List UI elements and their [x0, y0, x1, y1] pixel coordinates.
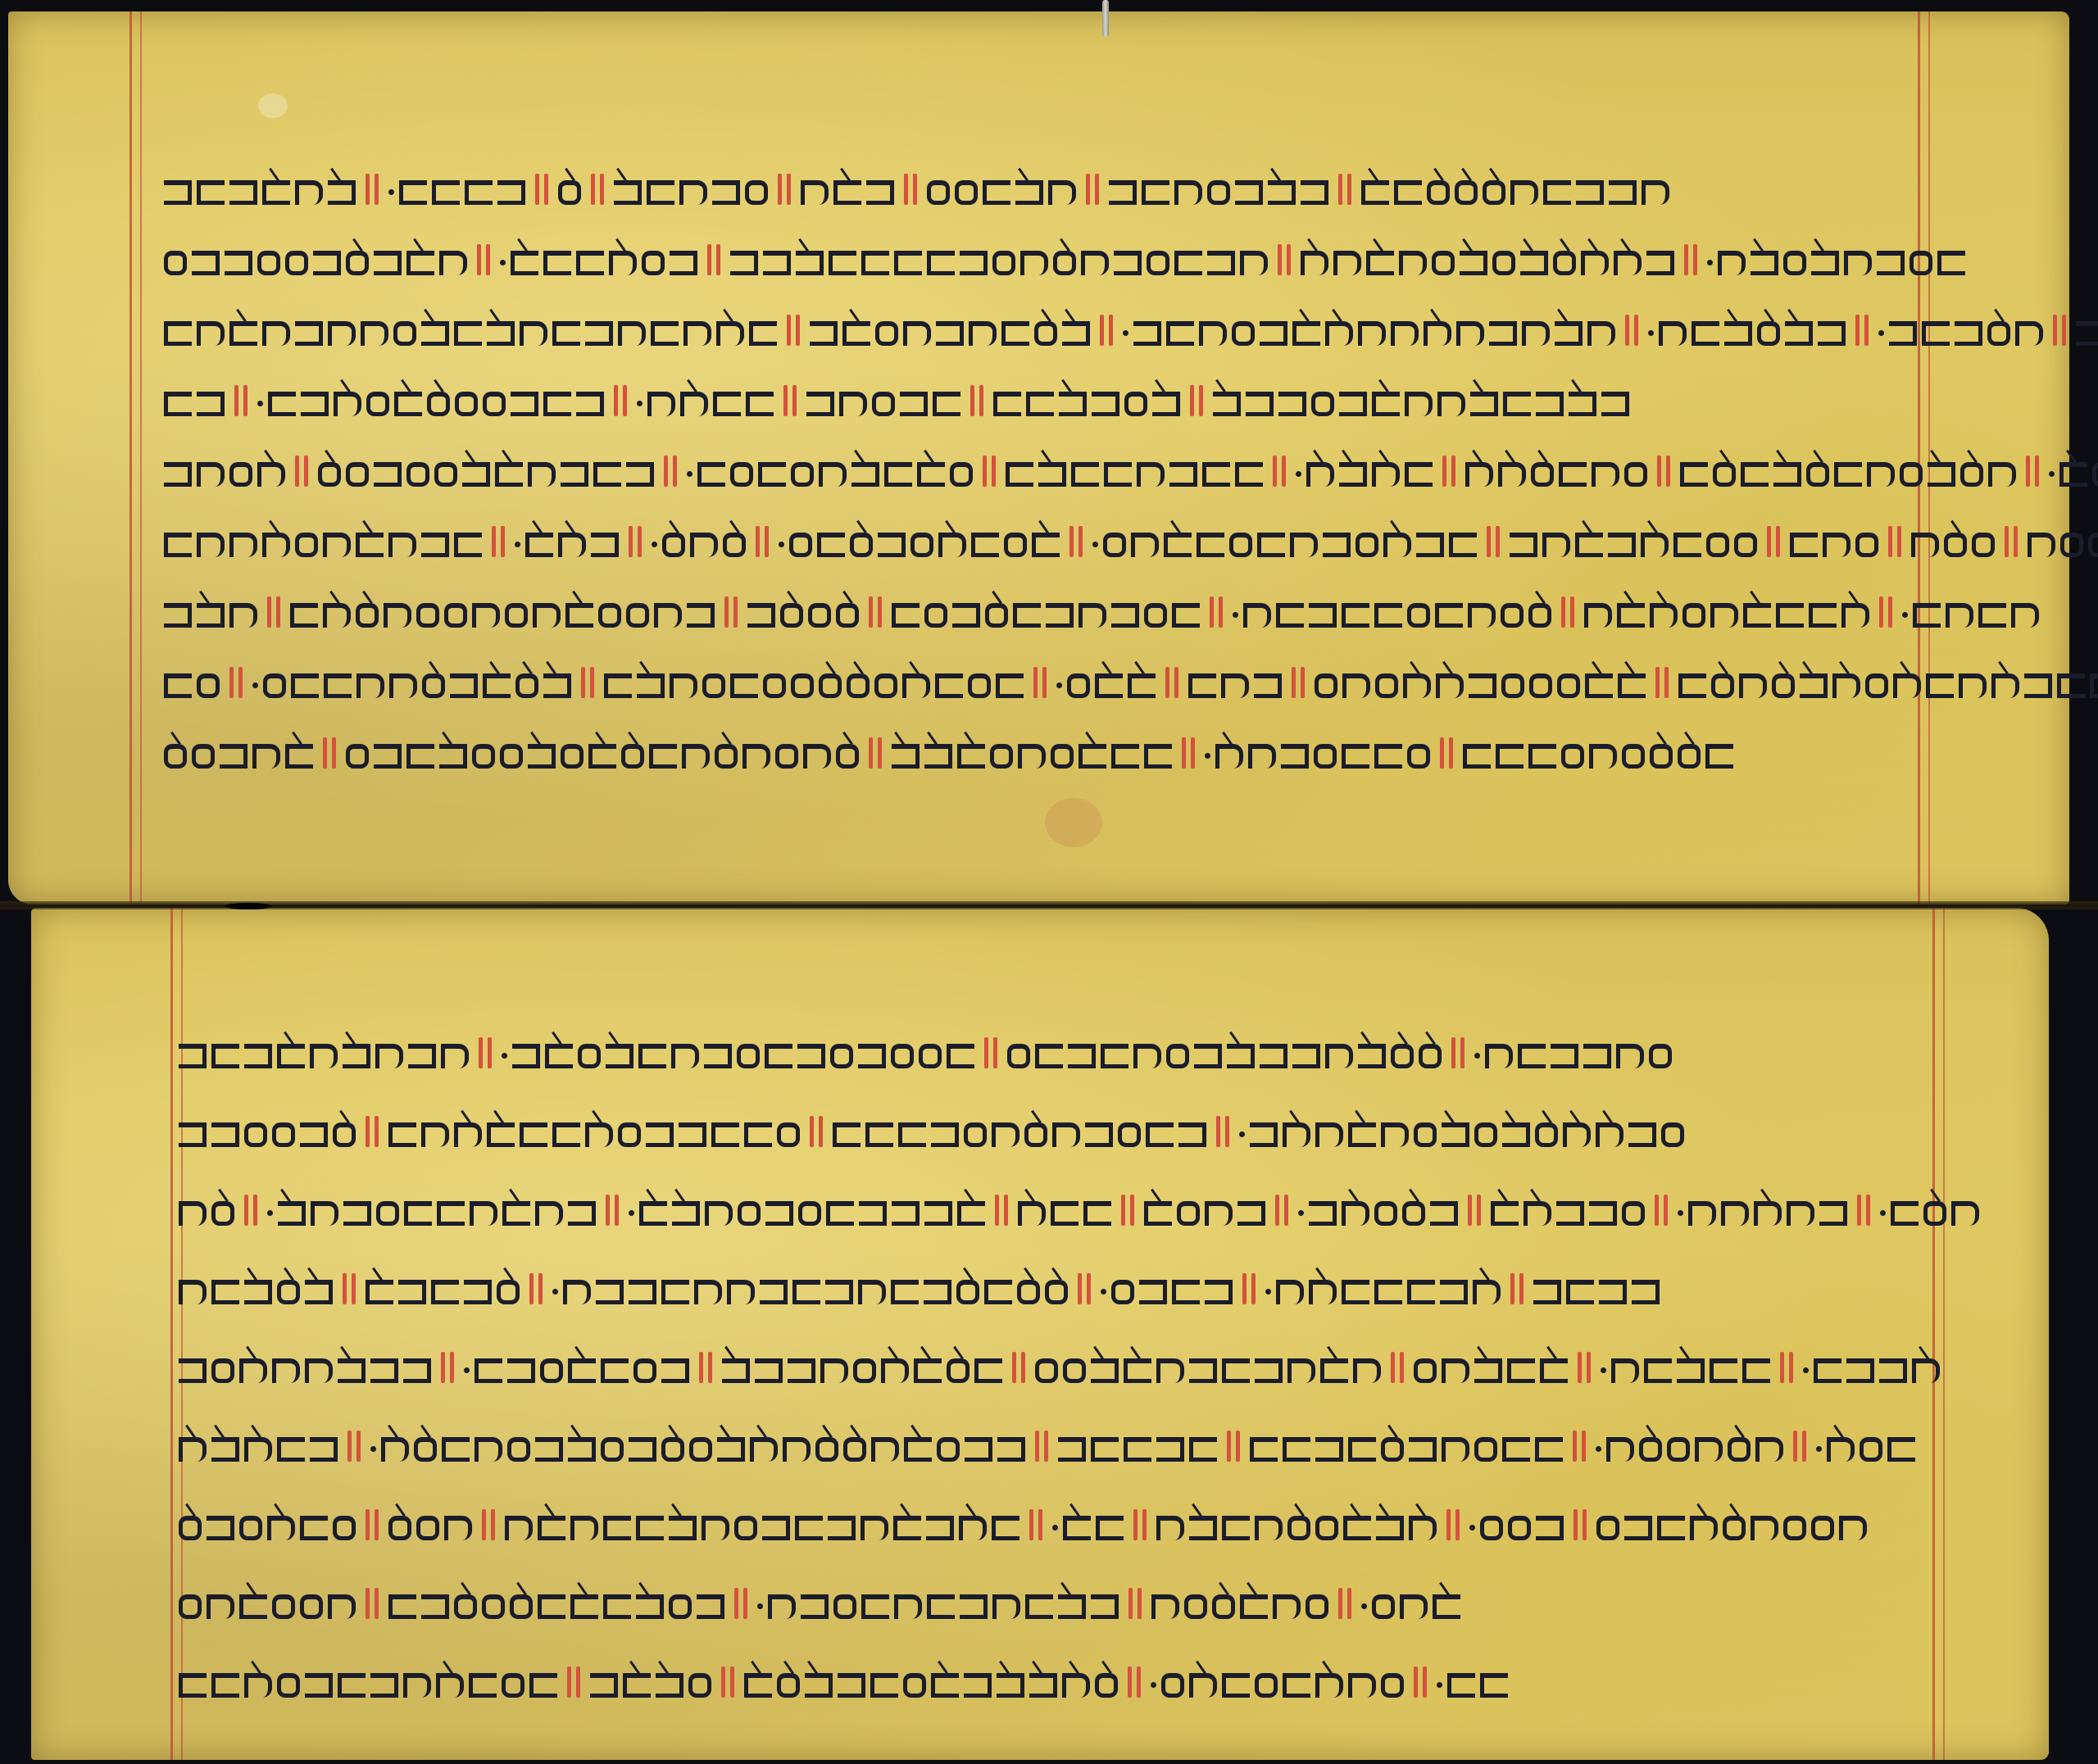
text-segment	[1790, 533, 1883, 557]
script-glyph	[462, 462, 490, 487]
text-segment	[1213, 392, 1634, 416]
punctuation-dot	[2049, 471, 2055, 477]
script-glyph	[1518, 1044, 1546, 1068]
script-glyph	[1695, 1437, 1723, 1462]
script-glyph	[1776, 603, 1804, 628]
punctuation-dot	[1296, 471, 1301, 477]
script-glyph	[291, 673, 319, 698]
script-glyph	[656, 1673, 683, 1698]
punctuation-dot	[1678, 1210, 1683, 1216]
script-glyph	[894, 251, 922, 275]
script-glyph	[702, 1516, 729, 1540]
script-glyph	[1624, 462, 1647, 487]
script-glyph	[711, 1122, 739, 1147]
danda-mark	[1208, 595, 1226, 628]
script-glyph	[1650, 744, 1673, 769]
script-glyph	[1587, 321, 1615, 346]
script-glyph	[268, 392, 296, 416]
script-glyph	[1741, 462, 1769, 487]
danda-mark	[1276, 243, 1294, 275]
script-glyph	[984, 1280, 1012, 1304]
script-glyph	[511, 392, 538, 416]
text-segment	[722, 1358, 1007, 1383]
text-segment	[801, 180, 899, 205]
script-glyph	[1001, 321, 1029, 346]
script-glyph	[197, 603, 225, 628]
script-glyph	[444, 1516, 472, 1540]
script-glyph	[1692, 321, 1719, 346]
script-glyph	[1189, 1673, 1217, 1698]
script-glyph	[670, 251, 697, 275]
danda-mark	[1466, 1193, 1484, 1226]
script-glyph	[689, 1437, 712, 1462]
script-glyph	[370, 1358, 398, 1383]
script-glyph	[164, 533, 192, 557]
script-glyph	[543, 392, 571, 416]
script-glyph	[164, 603, 192, 628]
script-glyph	[374, 744, 402, 769]
script-glyph	[683, 321, 711, 346]
script-glyph	[1399, 251, 1427, 275]
script-glyph	[1447, 1673, 1475, 1698]
script-glyph	[529, 1673, 557, 1698]
script-glyph	[1728, 1437, 1751, 1462]
punctuation-dot	[1361, 1603, 1367, 1609]
script-glyph	[936, 321, 964, 346]
text-segment	[604, 673, 1029, 698]
script-glyph	[408, 1044, 436, 1068]
text-segment	[1188, 673, 1287, 698]
script-glyph	[606, 1044, 633, 1068]
script-glyph	[318, 462, 341, 487]
manuscript-line	[179, 1462, 1984, 1540]
manuscript-line	[179, 1540, 1984, 1619]
script-glyph	[454, 321, 482, 346]
script-glyph	[791, 673, 814, 698]
script-glyph	[374, 251, 402, 275]
script-glyph	[431, 1280, 459, 1304]
script-glyph	[1221, 673, 1249, 698]
script-glyph	[1038, 462, 1066, 487]
script-glyph	[1723, 1516, 1746, 1540]
script-glyph	[1024, 1122, 1047, 1147]
script-glyph	[1649, 1044, 1672, 1068]
punctuation-dot	[1816, 1446, 1822, 1452]
text-segment	[1372, 1594, 1465, 1619]
text-segment	[1006, 462, 1268, 487]
text-segment	[475, 1358, 694, 1383]
paper-spot	[258, 93, 288, 118]
script-glyph	[717, 1437, 745, 1462]
script-glyph	[1889, 321, 1917, 346]
danda-mark	[1119, 1193, 1138, 1226]
script-glyph	[414, 1437, 437, 1462]
text-segment	[1315, 673, 1651, 698]
punctuation-dot	[1803, 1367, 1809, 1373]
script-glyph	[1616, 1044, 1644, 1068]
script-glyph	[406, 744, 434, 769]
manuscript-folio-top	[8, 11, 2069, 905]
script-glyph	[1474, 1122, 1497, 1147]
script-glyph	[1339, 392, 1367, 416]
script-glyph	[475, 1358, 502, 1383]
script-glyph	[1189, 1358, 1217, 1383]
script-glyph	[1372, 392, 1400, 416]
script-glyph	[1496, 744, 1524, 769]
script-glyph	[406, 462, 429, 487]
script-glyph	[1783, 251, 1806, 275]
script-glyph	[1222, 1358, 1250, 1383]
script-glyph	[1199, 321, 1227, 346]
text-segment	[833, 1122, 1211, 1147]
danda-mark	[981, 454, 999, 487]
script-glyph	[1194, 1044, 1222, 1068]
punctuation-dot	[1239, 1131, 1245, 1137]
danda-mark	[364, 1508, 382, 1540]
danda-mark	[1076, 1272, 1094, 1304]
danda-mark	[1655, 454, 1673, 487]
script-glyph	[836, 744, 859, 769]
script-glyph	[1215, 744, 1243, 769]
script-glyph	[637, 673, 665, 698]
script-glyph	[1128, 673, 1156, 698]
punctuation-dot	[1601, 1367, 1606, 1373]
script-glyph	[1724, 321, 1752, 346]
punctuation-dot	[552, 1289, 558, 1295]
script-glyph	[1067, 673, 1090, 698]
script-glyph	[1551, 1044, 1578, 1068]
script-glyph	[277, 1280, 300, 1304]
script-glyph	[164, 673, 192, 698]
text-segment	[1465, 462, 1652, 487]
danda-mark	[1032, 665, 1050, 698]
script-glyph	[441, 1044, 469, 1068]
script-glyph	[839, 392, 867, 416]
script-glyph	[965, 1437, 992, 1462]
text-segment	[388, 1516, 477, 1540]
script-glyph	[618, 321, 646, 346]
manuscript-line	[179, 990, 1984, 1068]
punctuation-dot	[1880, 1210, 1886, 1216]
danda-mark	[1509, 1272, 1527, 1304]
text-segment	[1007, 1044, 1446, 1068]
danda-mark	[1438, 736, 1456, 769]
script-glyph	[1144, 1201, 1172, 1226]
text-segment	[806, 392, 965, 416]
text-segment	[512, 1044, 979, 1068]
script-glyph	[497, 1280, 520, 1304]
script-glyph	[239, 1516, 262, 1540]
script-glyph	[1342, 1201, 1369, 1226]
script-glyph	[833, 1594, 856, 1619]
script-glyph	[671, 1044, 699, 1068]
script-glyph	[439, 744, 467, 769]
script-glyph	[997, 1673, 1024, 1698]
punctuation-dot	[1101, 1289, 1106, 1295]
script-glyph	[768, 1594, 796, 1619]
script-glyph	[861, 251, 889, 275]
script-glyph	[828, 1516, 856, 1540]
script-glyph	[1079, 744, 1106, 769]
script-glyph	[1561, 744, 1584, 769]
script-glyph	[933, 392, 960, 416]
danda-mark	[1887, 524, 1905, 557]
script-glyph	[211, 1122, 239, 1147]
script-glyph	[1583, 1044, 1611, 1068]
manuscript-line	[179, 1619, 1984, 1698]
script-glyph	[801, 180, 829, 205]
script-glyph	[565, 603, 593, 628]
script-glyph	[507, 1437, 530, 1462]
text-segment	[1018, 1201, 1116, 1226]
script-glyph	[257, 462, 285, 487]
danda-mark	[2051, 313, 2069, 346]
danda-mark	[867, 595, 885, 628]
text-segment	[164, 392, 229, 416]
script-glyph	[1743, 603, 1771, 628]
script-glyph	[1164, 533, 1192, 557]
punctuation-dot	[629, 1210, 634, 1216]
script-glyph	[1374, 744, 1402, 769]
script-glyph	[1083, 1201, 1111, 1226]
script-glyph	[789, 533, 812, 557]
script-glyph	[842, 321, 870, 346]
danda-mark	[1337, 1586, 1355, 1619]
danda-mark	[604, 1193, 622, 1226]
script-glyph	[1091, 1437, 1119, 1462]
script-glyph	[1283, 1673, 1310, 1698]
script-glyph	[1911, 533, 1939, 557]
script-glyph	[1773, 462, 1801, 487]
script-glyph	[1356, 533, 1378, 557]
script-glyph	[1161, 1673, 1184, 1698]
text-segment	[789, 533, 1065, 557]
script-glyph	[272, 1358, 300, 1383]
script-glyph	[1860, 1437, 1882, 1462]
text-segment	[1058, 1437, 1222, 1462]
script-glyph	[1710, 1358, 1737, 1383]
script-glyph	[262, 180, 290, 205]
script-glyph	[277, 1044, 305, 1068]
script-glyph	[1622, 1201, 1645, 1226]
text-segment	[1678, 673, 2098, 698]
danda-mark	[720, 1665, 738, 1698]
danda-mark	[1654, 665, 1672, 698]
script-glyph	[454, 533, 482, 557]
script-glyph	[801, 1594, 829, 1619]
script-glyph	[1372, 462, 1400, 487]
script-glyph	[570, 1594, 598, 1619]
script-glyph	[1301, 251, 1328, 275]
script-glyph	[502, 1201, 530, 1226]
script-glyph	[338, 1673, 366, 1698]
script-glyph	[1381, 1122, 1409, 1147]
text-segment	[1063, 1516, 1128, 1540]
script-glyph	[642, 251, 665, 275]
script-glyph	[313, 251, 341, 275]
script-glyph	[1287, 1516, 1310, 1540]
script-glyph	[543, 673, 571, 698]
script-glyph	[1092, 392, 1119, 416]
script-glyph	[1734, 533, 1757, 557]
danda-mark	[2003, 524, 2021, 557]
script-glyph	[1433, 1594, 1460, 1619]
script-glyph	[1711, 673, 1734, 698]
text-segment	[1891, 1201, 1984, 1226]
danda-mark	[1855, 1193, 1873, 1226]
script-glyph	[1555, 321, 1583, 346]
script-glyph	[267, 1516, 295, 1540]
script-glyph	[593, 462, 621, 487]
punctuation-dot	[687, 471, 693, 477]
script-glyph	[1189, 1516, 1217, 1540]
text-segment	[179, 1044, 474, 1068]
script-glyph	[1250, 1122, 1278, 1147]
script-glyph	[1103, 533, 1126, 557]
text-segment	[505, 1516, 1024, 1540]
script-glyph	[1834, 462, 1862, 487]
danda-mark	[233, 383, 251, 416]
script-glyph	[229, 462, 252, 487]
script-glyph	[1342, 744, 1369, 769]
script-glyph	[783, 1437, 811, 1462]
script-glyph	[1414, 1122, 1437, 1147]
script-glyph	[1581, 251, 1609, 275]
script-glyph	[1407, 744, 1430, 769]
script-glyph	[697, 1594, 724, 1619]
script-glyph	[1440, 1280, 1468, 1304]
script-glyph	[1879, 1358, 1907, 1383]
script-glyph	[1609, 180, 1637, 205]
script-glyph	[229, 180, 257, 205]
script-glyph	[1589, 1201, 1617, 1226]
danda-mark	[243, 1193, 261, 1226]
script-glyph	[1004, 533, 1027, 557]
script-glyph	[1677, 1358, 1705, 1383]
manuscript-line	[164, 134, 2098, 205]
script-glyph	[262, 321, 290, 346]
script-glyph	[192, 744, 215, 769]
script-glyph	[1529, 673, 1552, 698]
script-glyph	[1617, 603, 1645, 628]
script-glyph	[964, 1673, 992, 1698]
manuscript-line	[164, 557, 2098, 628]
script-glyph	[1502, 1122, 1530, 1147]
danda-mark	[490, 524, 508, 557]
text-segment	[1156, 1516, 1442, 1540]
text-segment	[179, 1516, 361, 1540]
script-glyph	[780, 603, 803, 628]
script-glyph	[927, 180, 950, 205]
script-glyph	[1937, 251, 1965, 275]
danda-mark	[439, 1350, 457, 1383]
script-glyph	[894, 1594, 922, 1619]
script-glyph	[1951, 1201, 1979, 1226]
punctuation-dot	[637, 401, 643, 406]
script-glyph	[305, 1673, 333, 1698]
script-glyph	[1068, 1044, 1096, 1068]
script-glyph	[903, 1673, 926, 1698]
danda-mark	[321, 736, 339, 769]
text-segment	[263, 673, 576, 698]
text-segment	[1161, 1673, 1409, 1698]
script-glyph	[964, 1122, 987, 1147]
script-glyph	[723, 533, 746, 557]
script-glyph	[1468, 603, 1496, 628]
manuscript-folio-bottom	[31, 908, 2049, 1760]
danda-mark	[1445, 1508, 1463, 1540]
script-glyph	[1053, 251, 1076, 275]
script-glyph	[520, 1122, 547, 1147]
script-glyph	[1846, 1358, 1874, 1383]
script-glyph	[1205, 1201, 1233, 1226]
text-segment	[1111, 1280, 1237, 1304]
script-glyph	[744, 1122, 772, 1147]
punctuation-dot	[1878, 330, 1884, 336]
script-glyph	[1372, 1594, 1395, 1619]
manuscript-line	[164, 205, 2098, 275]
punctuation-dot	[464, 1367, 470, 1373]
text-segment	[1491, 1201, 1650, 1226]
script-glyph	[1524, 1201, 1551, 1226]
script-glyph	[825, 1280, 853, 1304]
script-glyph	[442, 1437, 470, 1462]
script-glyph	[745, 180, 768, 205]
danda-mark	[364, 172, 382, 205]
script-glyph	[300, 1516, 328, 1540]
danda-mark	[1033, 1429, 1051, 1462]
script-glyph	[749, 321, 777, 346]
script-glyph	[437, 1201, 465, 1226]
script-glyph	[1456, 321, 1484, 346]
script-glyph	[1611, 1358, 1639, 1383]
script-glyph	[1710, 603, 1738, 628]
script-glyph	[1156, 1437, 1184, 1462]
script-glyph	[1063, 1516, 1091, 1540]
script-glyph	[179, 1201, 207, 1226]
script-glyph	[833, 1122, 861, 1147]
text-segment	[290, 603, 720, 628]
script-glyph	[1657, 1516, 1685, 1540]
script-glyph	[244, 1673, 272, 1698]
script-glyph	[538, 1594, 565, 1619]
danda-mark	[1653, 1193, 1671, 1226]
script-glyph	[432, 180, 460, 205]
script-glyph	[388, 1516, 411, 1540]
text-segment	[1309, 1201, 1463, 1226]
script-glyph	[838, 1673, 865, 1698]
text-segment	[1103, 533, 1482, 557]
danda-mark	[1068, 524, 1086, 557]
script-glyph	[244, 1122, 267, 1147]
script-glyph	[207, 1516, 234, 1540]
text-segment	[388, 1122, 805, 1147]
script-glyph	[1091, 1594, 1119, 1619]
script-glyph	[1650, 603, 1678, 628]
script-glyph	[924, 1280, 951, 1304]
script-glyph	[947, 1044, 974, 1068]
text-segment	[1606, 1437, 1788, 1462]
script-glyph	[1315, 1122, 1343, 1147]
script-glyph	[324, 673, 352, 698]
punctuation-dot	[257, 401, 263, 406]
text-segment	[1250, 1122, 1689, 1147]
punctuation-dot	[779, 542, 784, 547]
script-glyph	[285, 251, 308, 275]
script-glyph	[992, 251, 1015, 275]
script-glyph	[1809, 603, 1837, 628]
script-glyph	[300, 1122, 328, 1147]
